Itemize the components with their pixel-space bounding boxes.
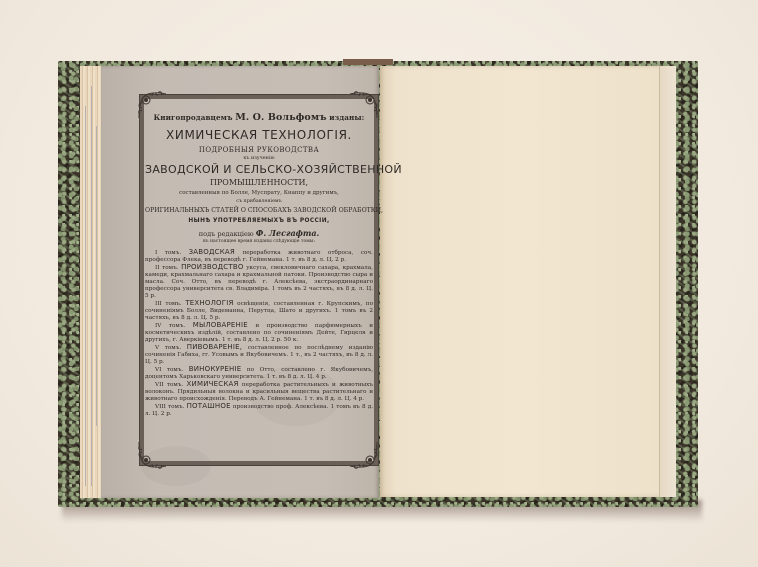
advertisement-text: Книгопродавцемъ М. О. Вольфомъ изданы: Х… (145, 113, 373, 418)
headline: ЗАВОДСКОЙ И СЕЛЬСКО-ХОЗЯЙСТВЕННОЙ (145, 164, 373, 175)
publisher-prefix: Книгопродавцемъ (154, 113, 233, 122)
volume-number: VI томъ. (155, 367, 183, 373)
volume-list: I томъ. ЗАВОДСКАЯ переработка животнаго … (145, 249, 373, 418)
volume-number: I томъ. (155, 250, 181, 256)
industry-line: ПРОМЫШЛЕННОСТИ, (145, 179, 373, 187)
ornament-corner-icon (134, 438, 168, 472)
volume-number: IV томъ. (155, 323, 185, 329)
volume-entry: I томъ. ЗАВОДСКАЯ переработка животнаго … (145, 249, 373, 264)
volume-heading: ПРОИЗВОДСТВО (181, 263, 243, 271)
volume-entry: IV томъ. МЫЛОВАРЕНІЕ и производство парф… (145, 322, 373, 344)
book-title: ХИМИЧЕСКАЯ ТЕХНОЛОГІЯ. (145, 129, 373, 141)
volume-entry: II томъ. ПРОИЗВОДСТВО уксуса, свекловичн… (145, 264, 373, 300)
page-block-edges (80, 66, 102, 498)
volume-number: V томъ. (155, 345, 181, 351)
ornament-corner-icon (348, 438, 382, 472)
original-articles-line: ОРИГИНАЛЬНЫХЪ СТАТЕЙ О СПОСОБАХЪ ЗАВОДСК… (145, 208, 373, 214)
publisher-suffix: изданы: (329, 113, 364, 122)
volume-number: VIII томъ. (155, 404, 184, 410)
volume-entry: VI томъ. ВИНОКУРЕНІЕ по Отто, составлено… (145, 366, 373, 381)
editor-prefix: подъ редакціею (199, 230, 254, 238)
publisher-line: Книгопродавцемъ М. О. Вольфомъ изданы: (145, 113, 373, 123)
volume-heading: ВИНОКУРЕНІЕ (189, 365, 242, 373)
volume-heading: ПИВОВАРЕНІЕ, (187, 343, 242, 351)
editor-name: Ф. Лесгафта. (256, 228, 320, 238)
volume-heading: ЗАВОДСКАЯ (189, 248, 235, 256)
volume-entry: V томъ. ПИВОВАРЕНІЕ, составленное по пос… (145, 344, 373, 366)
spine-top-edge (343, 59, 393, 65)
flyleaf-edge (659, 66, 676, 497)
book-subtitle: ПОДРОБНЫЯ РУКОВОДСТВА (145, 147, 373, 154)
volume-heading: ТЕХНОЛОГІЯ (185, 299, 233, 307)
volume-entry: VIII томъ. ПОТАШНОЕ производство проф. А… (145, 403, 373, 418)
volume-heading: ПОТАШНОЕ (187, 402, 231, 410)
editor-line: подъ редакціею Ф. Лесгафта. (145, 229, 373, 238)
publisher-name: М. О. Вольфомъ (235, 112, 326, 123)
volume-entry: VII томъ. ХИМИЧЕСКАЯ переработка растите… (145, 381, 373, 403)
volume-heading: МЫЛОВАРЕНІЕ (193, 321, 248, 329)
volume-text: уксуса, свекловичнаго сахара, крахмала, … (145, 265, 373, 299)
used-in-russia-line: НЫНѢ УПОТРЕБЛЯЕМЫХЪ ВЪ РОССІИ, (145, 219, 373, 225)
volume-heading: ХИМИЧЕСКАЯ (187, 380, 239, 388)
volume-number: III томъ. (155, 301, 182, 307)
addition-line: съ прибавленіемъ (145, 200, 373, 205)
volume-number: II томъ. (155, 265, 179, 271)
to-study-line: къ изученію (145, 157, 373, 162)
now-published-line: въ настоящее время изданы слѣдующіе томы… (145, 240, 373, 245)
volume-entry: III томъ. ТЕХНОЛОГІЯ освѣщенія, составле… (145, 300, 373, 322)
blank-flyleaf-page (380, 66, 662, 497)
volume-number: VII томъ. (155, 382, 183, 388)
compiled-line: составленныя по Болле, Муспрату, Кнаппу … (145, 191, 373, 197)
